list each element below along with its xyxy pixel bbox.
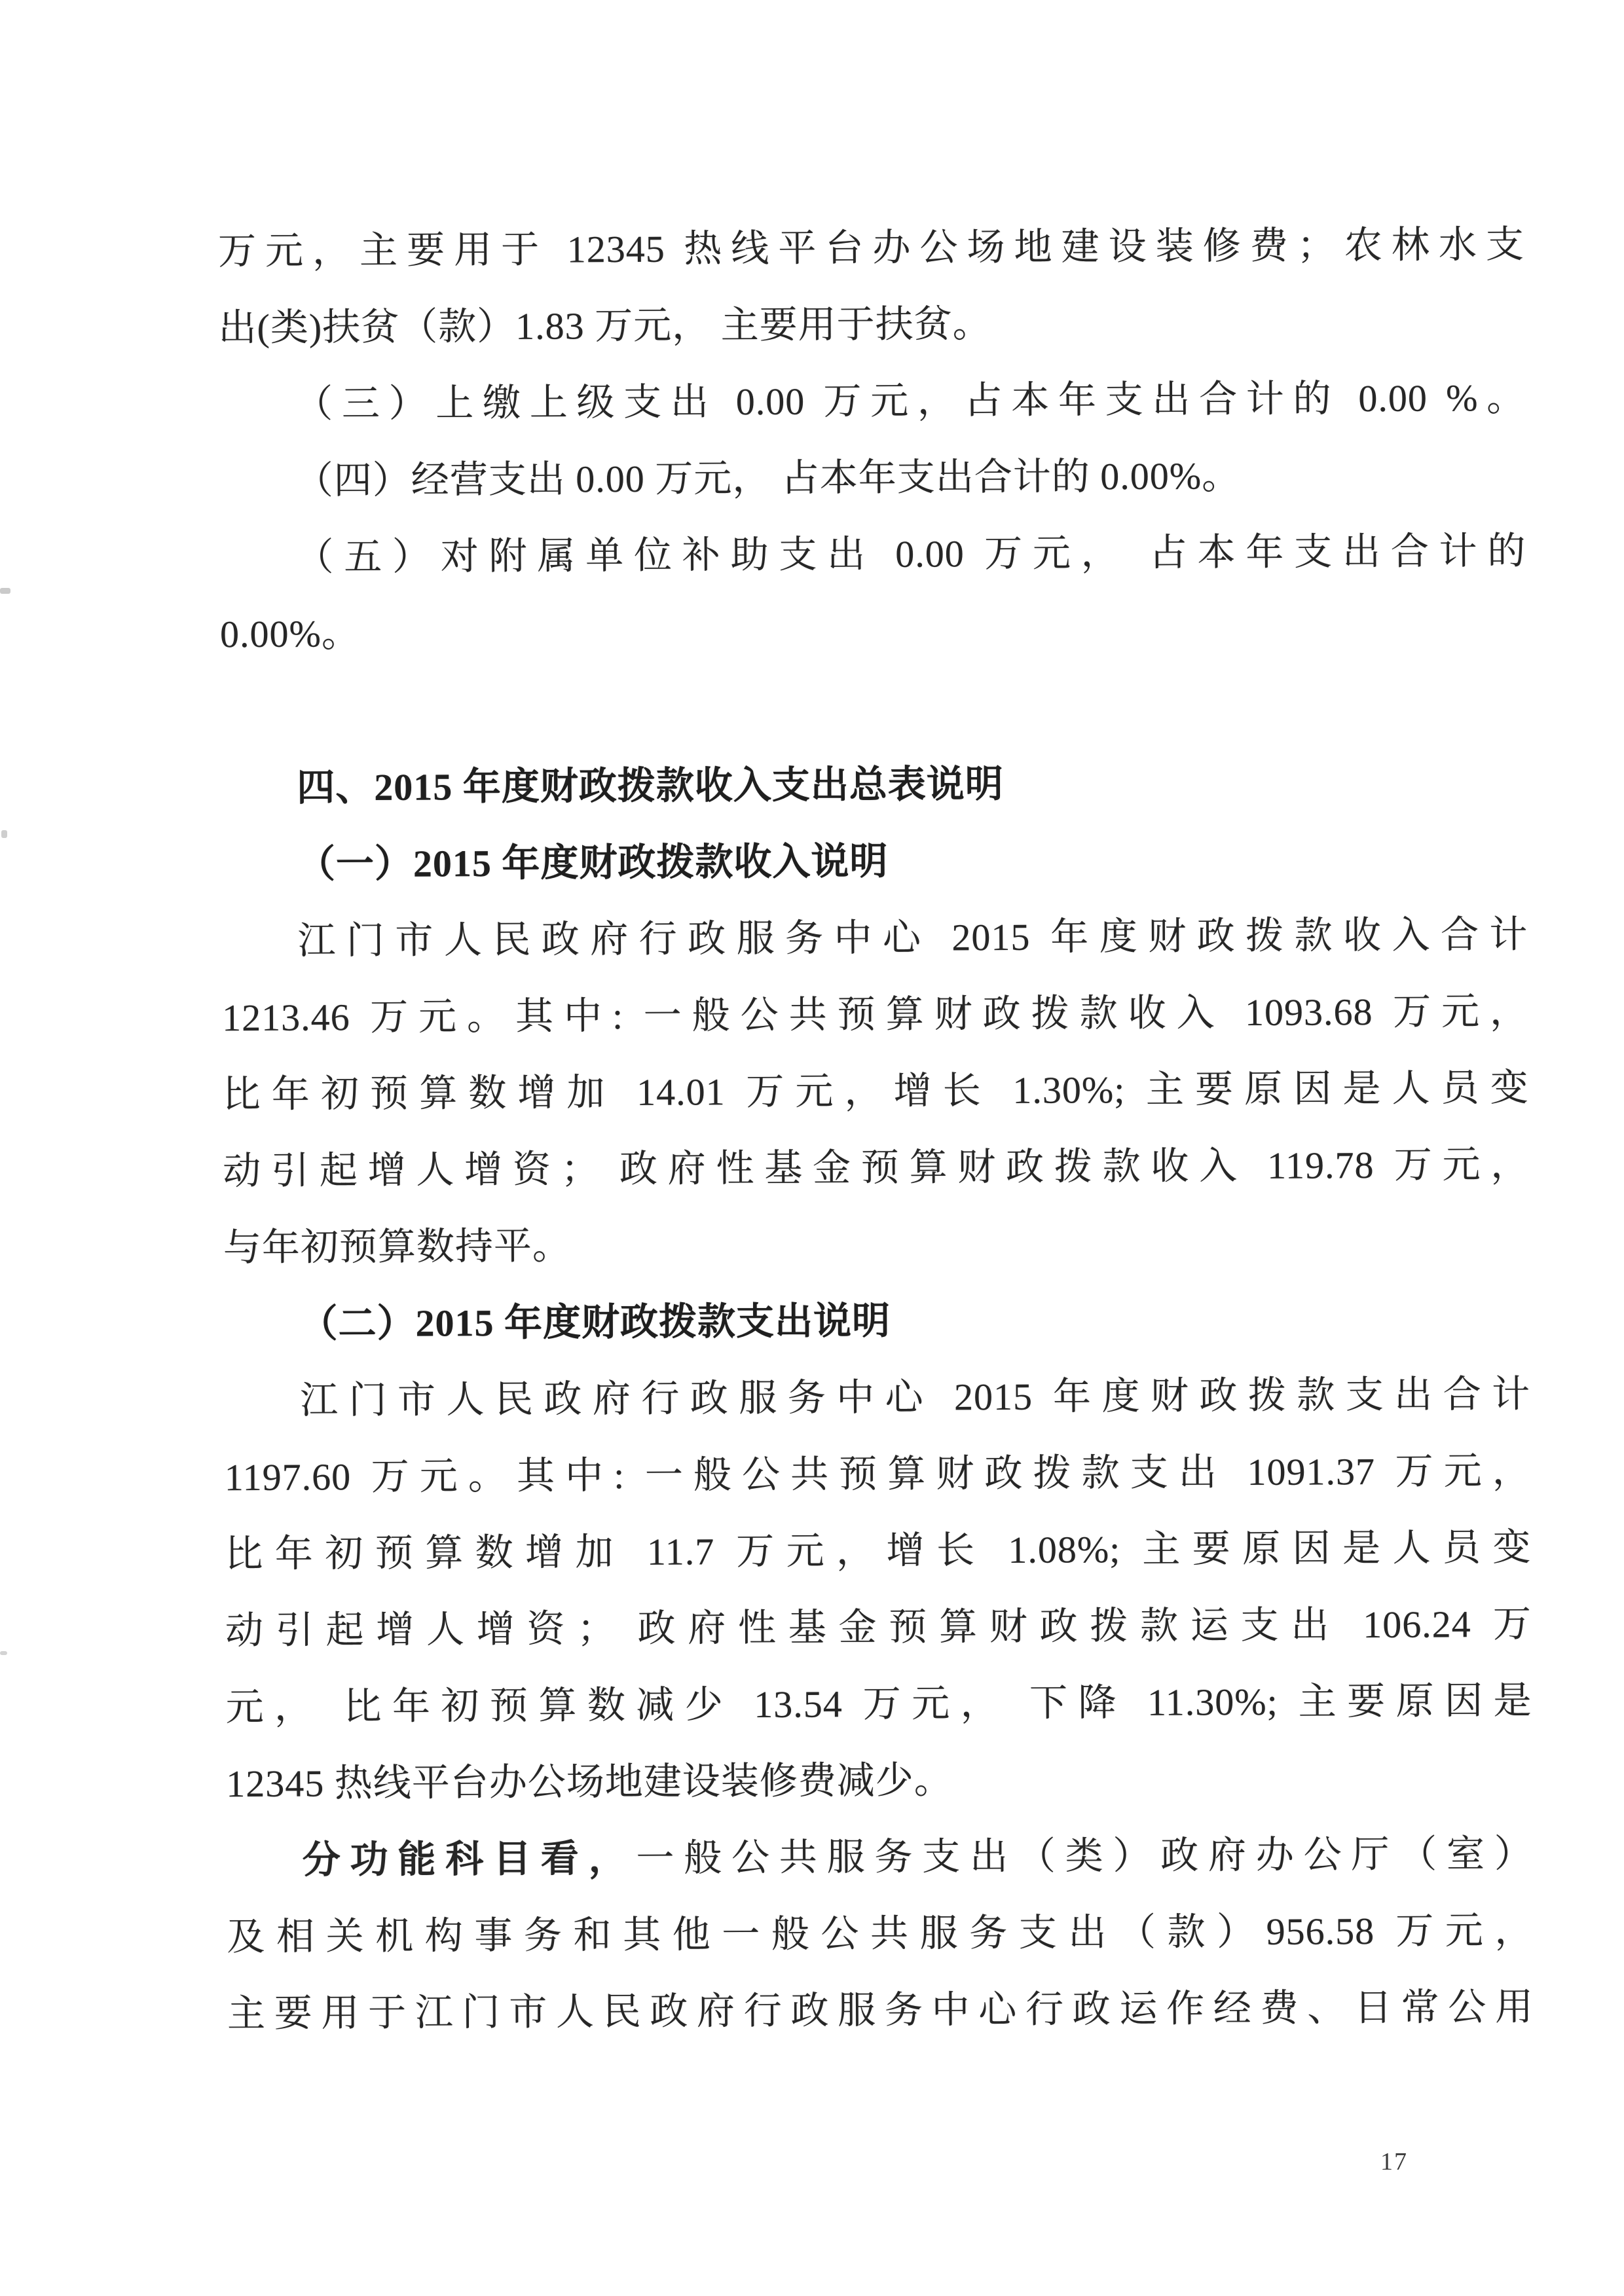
body-line: 出(类)扶贫（款）1.83 万元， 主要用于扶贫。 xyxy=(218,283,1525,366)
scanned-document-page: 万元，主要用于 12345 热线平台办公场地建设装修费；农林水支 出(类)扶贫（… xyxy=(0,0,1624,2296)
document-text-block: 万元，主要用于 12345 热线平台办公场地建设装修费；农林水支 出(类)扶贫（… xyxy=(218,206,1534,2052)
bold-lead-phrase: 分功能科目看， xyxy=(303,1837,637,1882)
body-line-item-4: （四）经营支出 0.00 万元， 占本年支出合计的 0.00%。 xyxy=(219,436,1526,519)
body-line: 江门市人民政府行政服务中心 2015 年度财政拨款支出合计 xyxy=(224,1356,1531,1439)
body-line: 江门市人民政府行政服务中心 2015 年度财政拨款收入合计 xyxy=(221,896,1528,979)
scan-artifact xyxy=(0,588,10,594)
section-heading-4: 四、2015 年度财政拨款收入支出总表说明 xyxy=(221,743,1528,826)
body-line: 12345 热线平台办公场地建设装修费减少。 xyxy=(226,1739,1533,1822)
scan-artifact xyxy=(1,830,7,838)
body-line: 万元，主要用于 12345 热线平台办公场地建设装修费；农林水支 xyxy=(218,206,1525,289)
subsection-heading-4-1: （一）2015 年度财政拨款收入说明 xyxy=(221,820,1528,903)
body-line-item-5: （五）对附属单位补助支出 0.00 万元， 占本年支出合计的 xyxy=(219,513,1526,596)
body-line: 与年初预算数持平。 xyxy=(223,1203,1530,1286)
body-line: 动引起增人增资； 政府性基金预算财政拨款收入 119.78 万元， xyxy=(223,1126,1530,1209)
body-line: 1213.46 万元。其中: 一般公共预算财政拨款收入 1093.68 万元， xyxy=(222,973,1529,1056)
scan-artifact xyxy=(0,1651,7,1655)
body-line: 主要用于江门市人民政府行政服务中心行政运作经费、日常公用 xyxy=(227,1969,1534,2052)
body-line: 及相关机构事务和其他一般公共服务支出（款）956.58 万元， xyxy=(227,1892,1534,1975)
body-line-function-lead: 分功能科目看，一般公共服务支出（类）政府办公厅（室） xyxy=(227,1815,1534,1899)
body-line-item-3: （三）上缴上级支出 0.00 万元，占本年支出合计的 0.00 %。 xyxy=(219,359,1526,443)
page-number: 17 xyxy=(1380,2146,1408,2178)
body-line: 动引起增人增资； 政府性基金预算财政拨款运支出 106.24 万 xyxy=(225,1586,1532,1669)
body-line: 1197.60 万元。其中: 一般公共预算财政拨款支出 1091.37 万元， xyxy=(224,1432,1531,1516)
body-line: 元， 比年初预算数减少 13.54 万元， 下降 11.30%; 主要原因是 xyxy=(225,1662,1532,1745)
body-line-rest: 一般公共服务支出（类）政府办公厅（室） xyxy=(636,1832,1533,1880)
subsection-heading-4-2: （二）2015 年度财政拨款支出说明 xyxy=(223,1279,1530,1362)
body-line: 比年初预算数增加 11.7 万元，增长 1.08%; 主要原因是人员变 xyxy=(225,1509,1532,1592)
body-line: 比年初预算数增加 14.01 万元，增长 1.30%; 主要原因是人员变 xyxy=(222,1049,1529,1133)
body-line: 0.00%。 xyxy=(220,589,1527,672)
